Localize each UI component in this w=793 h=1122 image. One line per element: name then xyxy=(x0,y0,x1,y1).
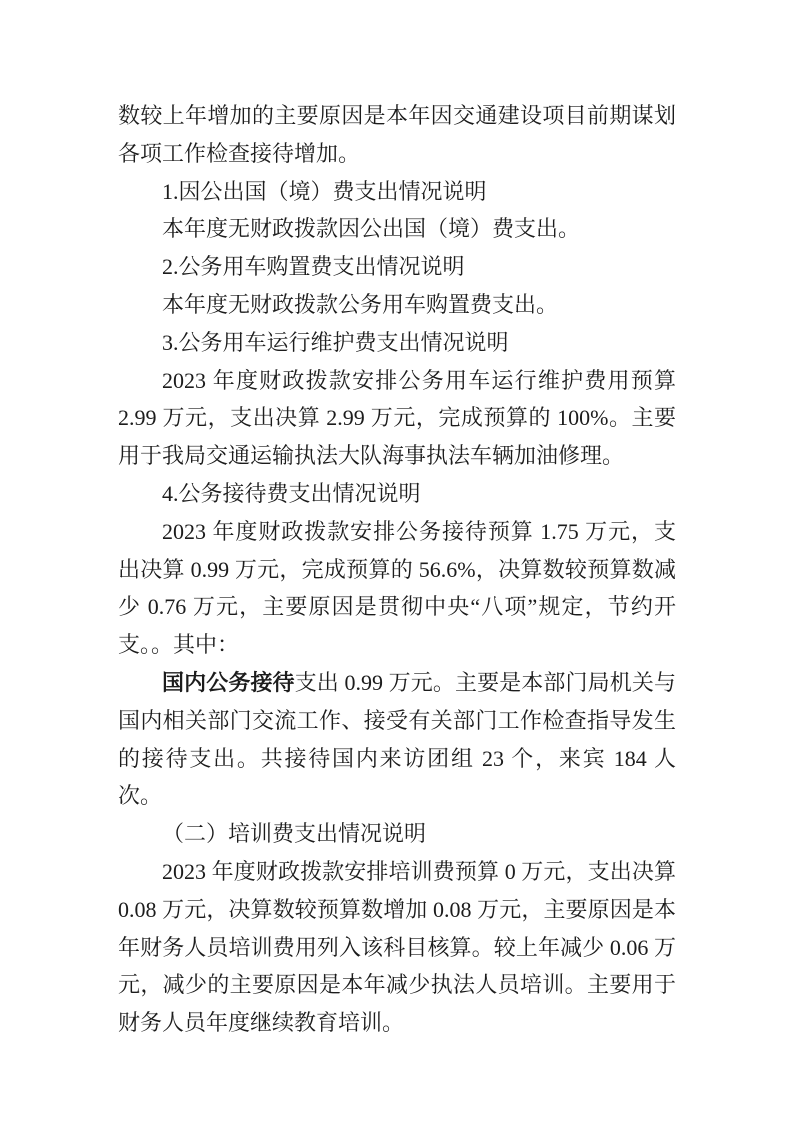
paragraph: 4.公务接待费支出情况说明 xyxy=(118,475,676,513)
paragraph-text: 3.公务用车运行维护费支出情况说明 xyxy=(162,330,509,355)
bold-lead-text: 国内公务接待 xyxy=(162,670,295,695)
paragraph-text: 2023 年度财政拨款安排公务用车运行维护费用预算 2.99 万元，支出决算 2… xyxy=(118,368,676,469)
paragraph: （二）培训费支出情况说明 xyxy=(118,815,676,853)
paragraph-text: 本年度无财政拨款公务用车购置费支出。 xyxy=(162,292,558,317)
paragraph: 2023 年度财政拨款安排公务接待预算 1.75 万元，支出决算 0.99 万元… xyxy=(118,513,676,664)
paragraph-text: 本年度无财政拨款因公出国（境）费支出。 xyxy=(162,216,580,241)
paragraph-text: 2023 年度财政拨款安排公务接待预算 1.75 万元，支出决算 0.99 万元… xyxy=(118,519,676,657)
paragraph: 1.因公出国（境）费支出情况说明 xyxy=(118,173,676,211)
paragraph-text: 2023 年度财政拨款安排培训费预算 0 万元，支出决算 0.08 万元，决算数… xyxy=(118,859,676,1035)
paragraph: 2.公务用车购置费支出情况说明 xyxy=(118,248,676,286)
paragraph: 3.公务用车运行维护费支出情况说明 xyxy=(118,324,676,362)
document-body: 数较上年增加的主要原因是本年因交通建设项目前期谋划各项工作检查接待增加。 1.因… xyxy=(118,97,676,1042)
paragraph-text: 1.因公出国（境）费支出情况说明 xyxy=(162,179,487,204)
paragraph-text: （二）培训费支出情况说明 xyxy=(162,821,426,846)
paragraph: 本年度无财政拨款公务用车购置费支出。 xyxy=(118,286,676,324)
document-page: 数较上年增加的主要原因是本年因交通建设项目前期谋划各项工作检查接待增加。 1.因… xyxy=(0,0,793,1122)
paragraph-text: 2.公务用车购置费支出情况说明 xyxy=(162,254,465,279)
paragraph-text: 数较上年增加的主要原因是本年因交通建设项目前期谋划各项工作检查接待增加。 xyxy=(118,103,676,166)
paragraph: 数较上年增加的主要原因是本年因交通建设项目前期谋划各项工作检查接待增加。 xyxy=(118,97,676,173)
paragraph: 2023 年度财政拨款安排培训费预算 0 万元，支出决算 0.08 万元，决算数… xyxy=(118,853,676,1042)
paragraph: 2023 年度财政拨款安排公务用车运行维护费用预算 2.99 万元，支出决算 2… xyxy=(118,362,676,475)
paragraph: 本年度无财政拨款因公出国（境）费支出。 xyxy=(118,210,676,248)
paragraph-text: 4.公务接待费支出情况说明 xyxy=(162,481,421,506)
paragraph: 国内公务接待支出 0.99 万元。主要是本部门局机关与国内相关部门交流工作、接受… xyxy=(118,664,676,815)
